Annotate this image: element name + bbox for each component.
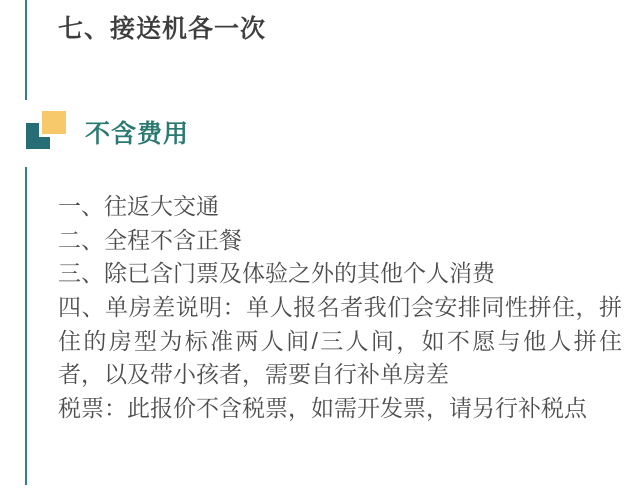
section-title: 七、接送机各一次 xyxy=(58,14,266,44)
list-item-continuation: 者，以及带小孩者，需要自行补单房差 xyxy=(58,358,622,392)
left-accent-line-bottom xyxy=(25,167,27,485)
left-accent-line-top xyxy=(25,0,27,100)
list-item: 三、除已含门票及体验之外的其他个人消费 xyxy=(58,257,622,291)
list-item-continuation: 住的房型为标准两人间/三人间，如不愿与他人拼住 xyxy=(58,325,622,359)
excluded-fees-list: 一、往返大交通 二、全程不含正餐 三、除已含门票及体验之外的其他个人消费 四、单… xyxy=(58,190,622,426)
list-item: 四、单房差说明：单人报名者我们会安排同性拼住，拼 xyxy=(58,291,622,325)
list-item: 二、全程不含正餐 xyxy=(58,224,622,258)
list-item: 一、往返大交通 xyxy=(58,190,622,224)
document-page: 七、接送机各一次 不含费用 一、往返大交通 二、全程不含正餐 三、除已含门票及体… xyxy=(0,0,640,501)
list-item: 税票：此报价不含税票，如需开发票，请另行补税点 xyxy=(58,392,622,426)
subsection-title-not-included-fees: 不含费用 xyxy=(85,120,189,148)
overlapping-squares-icon xyxy=(26,108,70,150)
yellow-square-icon xyxy=(39,108,69,137)
